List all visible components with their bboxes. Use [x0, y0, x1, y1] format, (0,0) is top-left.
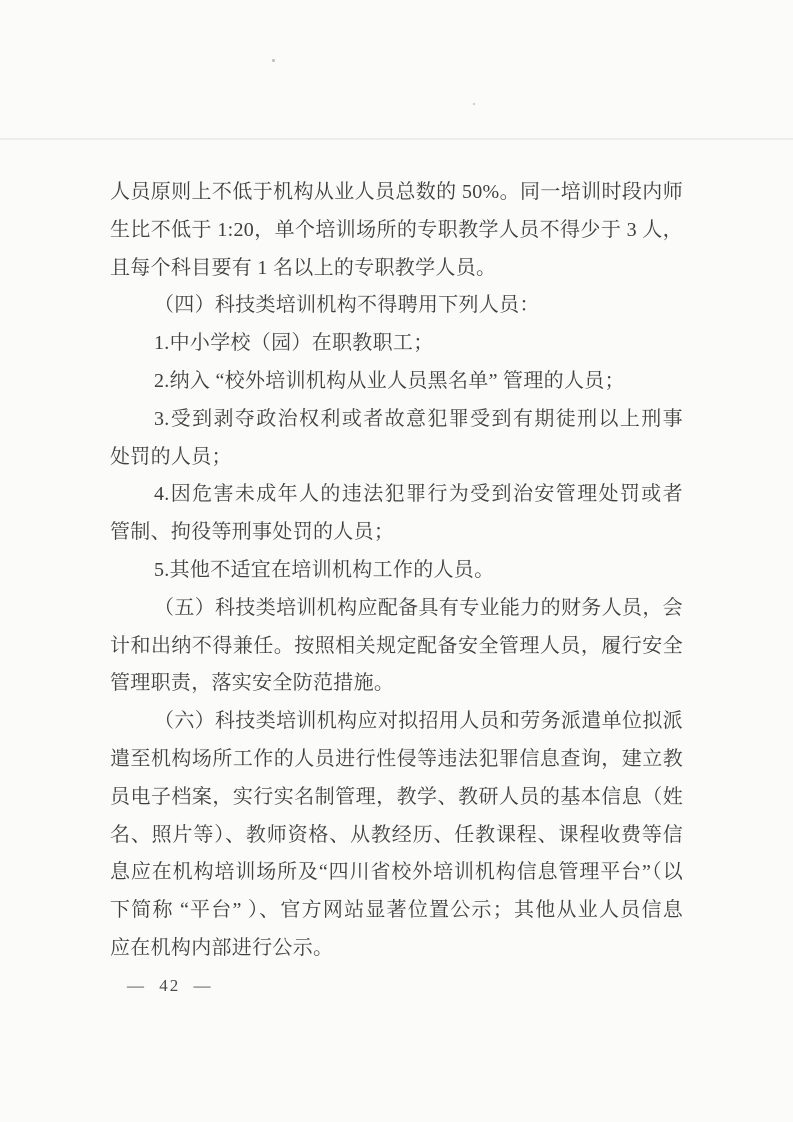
- text-line: 管理职责，落实安全防范措施。: [110, 665, 683, 703]
- scan-artifact-line: [0, 138, 793, 140]
- text-line: 员电子档案，实行实名制管理，教学、教研人员的基本信息（姓: [110, 779, 683, 817]
- text-line: 计和出纳不得兼任。按照相关规定配备安全管理人员，履行安全: [110, 628, 683, 666]
- text-line: （五）科技类培训机构应配备具有专业能力的财务人员，会: [110, 590, 683, 628]
- text-line: 1.中小学校（园）在职教职工；: [110, 325, 683, 363]
- text-line: （六）科技类培训机构应对拟招用人员和劳务派遣单位拟派: [110, 703, 683, 741]
- scan-artifact-speck: [473, 103, 475, 105]
- text-line: 且每个科目要有 1 名以上的专职教学人员。: [110, 250, 683, 288]
- text-line: 人员原则上不低于机构从业人员总数的 50%。同一培训时段内师: [110, 174, 683, 212]
- text-line: 4.因危害未成年人的违法犯罪行为受到治安管理处罚或者: [110, 476, 683, 514]
- text-line: 遣至机构场所工作的人员进行性侵等违法犯罪信息查询，建立教: [110, 741, 683, 779]
- document-page: 人员原则上不低于机构从业人员总数的 50%。同一培训时段内师 生比不低于 1:2…: [0, 0, 793, 1122]
- text-line: （四）科技类培训机构不得聘用下列人员：: [110, 287, 683, 325]
- text-line: 息应在机构培训场所及“四川省校外培训机构信息管理平台”（以: [110, 854, 683, 892]
- text-line: 管制、拘役等刑事处罚的人员；: [110, 514, 683, 552]
- page-number: — 42 —: [127, 976, 213, 996]
- text-line: 名、照片等）、教师资格、从教经历、任教课程、课程收费等信: [110, 817, 683, 855]
- text-line: 应在机构内部进行公示。: [110, 930, 683, 968]
- scan-artifact-speck: [272, 59, 275, 62]
- text-line: 生比不低于 1:20，单个培训场所的专职教学人员不得少于 3 人，: [110, 212, 683, 250]
- text-line: 处罚的人员；: [110, 439, 683, 477]
- text-line: 2.纳入 “校外培训机构从业人员黑名单” 管理的人员；: [110, 363, 683, 401]
- text-line: 下简称 “平台” ）、官方网站显著位置公示；其他从业人员信息: [110, 892, 683, 930]
- text-line: 5.其他不适宜在培训机构工作的人员。: [110, 552, 683, 590]
- text-line: 3.受到剥夺政治权利或者故意犯罪受到有期徒刑以上刑事: [110, 401, 683, 439]
- document-body: 人员原则上不低于机构从业人员总数的 50%。同一培训时段内师 生比不低于 1:2…: [110, 174, 683, 968]
